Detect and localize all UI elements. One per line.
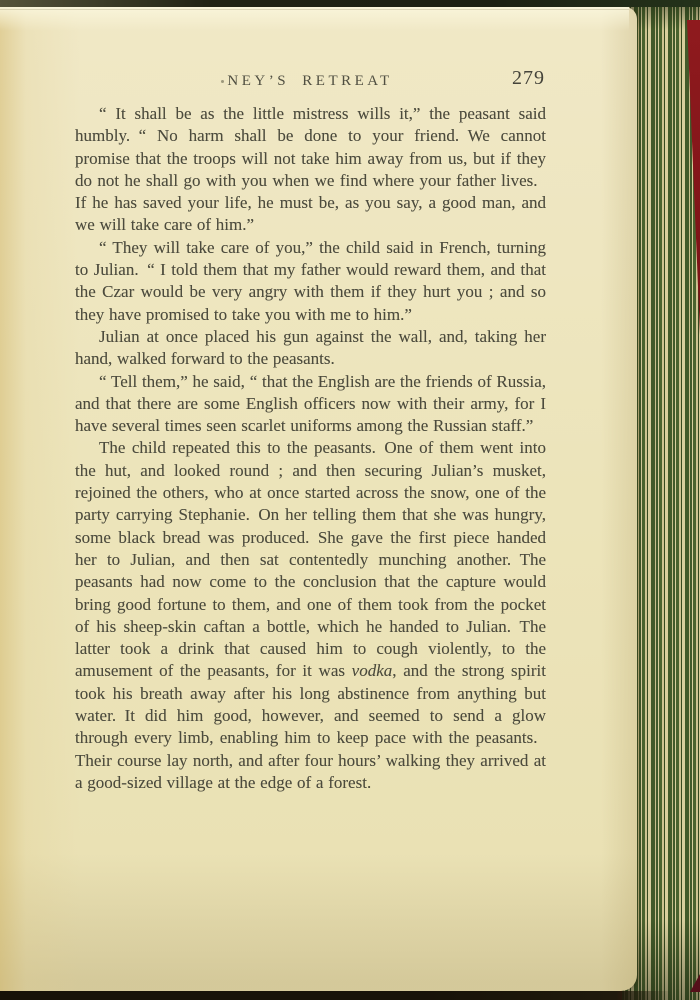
- paragraph-1: “ It shall be as the little mistress wil…: [75, 103, 546, 237]
- text-run: The child repeated this to the peasants.…: [75, 438, 546, 680]
- running-title: NEY’S RETREAT: [75, 67, 545, 90]
- text-run: “ It shall be as the little mistress wil…: [75, 104, 546, 234]
- book-top-edge-shadow: [0, 0, 700, 7]
- text-run: “ Tell them,” he said, “ that the Englis…: [75, 372, 546, 436]
- book-bottom-edge-shadow: [0, 991, 700, 1000]
- book-page: NEY’S RETREAT 279 “ It shall be as the l…: [0, 7, 637, 991]
- print-speck: [221, 80, 224, 83]
- paragraph-4: “ Tell them,” he said, “ that the Englis…: [75, 371, 546, 438]
- page-top-edge-highlight: [0, 7, 629, 31]
- book-page-photo: NEY’S RETREAT 279 “ It shall be as the l…: [0, 0, 700, 1000]
- text-run: Julian at once placed his gun against th…: [75, 327, 546, 368]
- page-number: 279: [512, 67, 545, 90]
- paragraph-5: The child repeated this to the peasants.…: [75, 437, 546, 794]
- paragraph-2: “ They will take care of you,” the child…: [75, 237, 546, 326]
- running-head: NEY’S RETREAT 279: [75, 67, 545, 99]
- paragraph-3: Julian at once placed his gun against th…: [75, 326, 546, 371]
- text-run: “ They will take care of you,” the child…: [75, 238, 546, 324]
- text-block: “ It shall be as the little mistress wil…: [75, 103, 546, 794]
- text-run: , and the strong spirit took his breath …: [75, 661, 546, 791]
- text-run-italic-vodka: vodka: [352, 661, 393, 680]
